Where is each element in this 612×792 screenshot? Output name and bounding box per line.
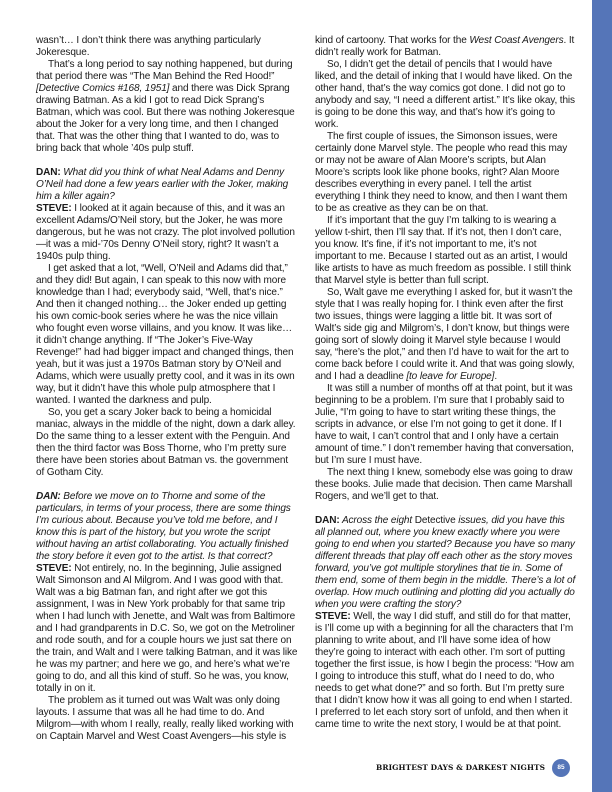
- paragraph: I get asked that a lot, “Well, O’Neil an…: [36, 263, 298, 407]
- running-footer-title: Brightest Days & Darkest Nights: [376, 763, 546, 772]
- right-text-column: kind of cartoony. That works for the Wes…: [315, 35, 577, 731]
- page-number-badge: 85: [552, 759, 570, 777]
- paragraph: kind of cartoony. That works for the Wes…: [315, 35, 577, 59]
- speaker-label: DAN:: [36, 167, 61, 178]
- interviewer-question: DAN: Across the eight Detective issues, …: [315, 515, 577, 611]
- speaker-label: STEVE:: [36, 563, 72, 574]
- comic-title: West Coast Avengers: [469, 35, 563, 46]
- text-run: That’s a long period to say nothing happ…: [36, 59, 292, 82]
- speaker-label: STEVE:: [36, 203, 72, 214]
- paragraph: So, I didn’t get the detail of pencils t…: [315, 59, 577, 131]
- answer-text: I looked at it again because of this, an…: [36, 203, 295, 262]
- answer-text: Not entirely, no. In the beginning, Juli…: [36, 563, 297, 694]
- comic-title: Detective: [415, 515, 456, 526]
- speaker-label: STEVE:: [315, 611, 351, 622]
- paragraph: The problem as it turned out was Walt wa…: [36, 695, 298, 743]
- speaker-label: DAN:: [315, 515, 340, 526]
- speaker-label: DAN:: [36, 491, 61, 502]
- question-text: What did you think of what Neal Adams an…: [36, 167, 288, 202]
- interviewer-question: DAN: What did you think of what Neal Ada…: [36, 167, 298, 203]
- answer-text: Well, the way I did stuff, and still do …: [315, 611, 574, 730]
- interviewer-question: DAN: Before we move on to Thorne and som…: [36, 491, 298, 563]
- question-text: Before we move on to Thorne and some of …: [36, 491, 291, 562]
- text-run: .: [494, 371, 497, 382]
- paragraph: If it’s important that the guy I’m talki…: [315, 215, 577, 287]
- interviewee-answer: STEVE: Well, the way I did stuff, and st…: [315, 611, 577, 731]
- interviewee-answer: STEVE: Not entirely, no. In the beginnin…: [36, 563, 298, 695]
- left-text-column: wasn’t… I don’t think there was anything…: [36, 35, 298, 743]
- paragraph: So, Walt gave me everything I asked for,…: [315, 287, 577, 383]
- chapter-color-bar: [592, 0, 612, 792]
- paragraph: wasn’t… I don’t think there was anything…: [36, 35, 298, 59]
- interviewee-answer: STEVE: I looked at it again because of t…: [36, 203, 298, 263]
- text-run: kind of cartoony. That works for the: [315, 35, 469, 46]
- paragraph: So, you get a scary Joker back to being …: [36, 407, 298, 479]
- paragraph: That’s a long period to say nothing happ…: [36, 59, 298, 155]
- question-text: Across the eight: [340, 515, 415, 526]
- text-run: So, Walt gave me everything I asked for,…: [315, 287, 574, 382]
- paragraph: It was still a number of months off at t…: [315, 383, 577, 467]
- paragraph: The first couple of issues, the Simonson…: [315, 131, 577, 215]
- question-text: issues, did you have this all planned ou…: [315, 515, 575, 610]
- editorial-reference: [to leave for Europe]: [406, 371, 494, 382]
- paragraph: The next thing I knew, somebody else was…: [315, 467, 577, 503]
- editorial-reference: [Detective Comics #168, 1951]: [36, 83, 169, 94]
